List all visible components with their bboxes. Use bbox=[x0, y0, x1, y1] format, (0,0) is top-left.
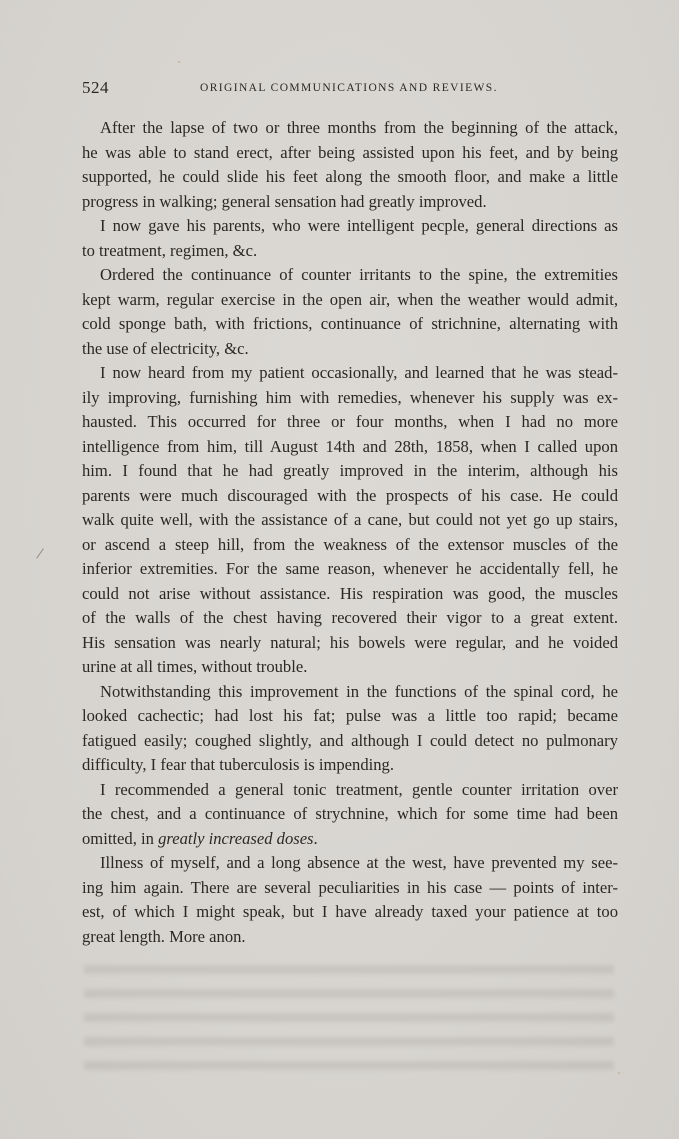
text-run: omitted, in bbox=[82, 829, 158, 848]
running-head: ORIGINAL COMMUNICATIONS AND REVIEWS. bbox=[200, 82, 498, 94]
text-line: the chest, and a continuance of strychni… bbox=[82, 802, 618, 827]
text-line: Illness of myself, and a long absence at… bbox=[82, 851, 618, 876]
text-line: or ascend a steep hill, from the weaknes… bbox=[82, 533, 618, 558]
text-line: great length. More anon. bbox=[82, 925, 618, 950]
text-line: looked cachectic; had lost his fat; puls… bbox=[82, 704, 618, 729]
text-line: walk quite well, with the assistance of … bbox=[82, 508, 618, 533]
text-line: to treatment, regimen, &c. bbox=[82, 239, 618, 264]
text-line: ing him again. There are several peculia… bbox=[82, 876, 618, 901]
text-line: I now heard from my patient occasionally… bbox=[82, 361, 618, 386]
scanned-page: 524 ORIGINAL COMMUNICATIONS AND REVIEWS.… bbox=[0, 0, 679, 1139]
text-line: Ordered the continuance of counter irrit… bbox=[82, 263, 618, 288]
text-run: . bbox=[314, 829, 318, 848]
text-line: could not arise without assistance. His … bbox=[82, 582, 618, 607]
text-line: Notwithstanding this improvement in the … bbox=[82, 680, 618, 705]
paper-speck bbox=[618, 1072, 620, 1074]
text-line: parents were much discouraged with the p… bbox=[82, 484, 618, 509]
text-line: est, of which I might speak, but I have … bbox=[82, 900, 618, 925]
italic-emphasis: greatly increased doses bbox=[158, 829, 313, 848]
text-line: His sensation was nearly natural; his bo… bbox=[82, 631, 618, 656]
paragraph-4: I now heard from my patient occasionally… bbox=[82, 361, 618, 680]
page-header: 524 ORIGINAL COMMUNICATIONS AND REVIEWS. bbox=[82, 78, 618, 100]
paragraph-3: Ordered the continuance of counter irrit… bbox=[82, 263, 618, 361]
text-line: the use of electricity, &c. bbox=[82, 337, 618, 362]
paper-speck bbox=[178, 61, 180, 63]
text-line: ily improving, furnishing him with remed… bbox=[82, 386, 618, 411]
text-line: I now gave his parents, who were intelli… bbox=[82, 214, 618, 239]
text-line: progress in walking; general sensation h… bbox=[82, 190, 618, 215]
page-number: 524 bbox=[82, 78, 109, 98]
text-line: After the lapse of two or three months f… bbox=[82, 116, 618, 141]
paragraph-6: I recommended a general tonic treatment,… bbox=[82, 778, 618, 852]
text-line: kept warm, regular exercise in the open … bbox=[82, 288, 618, 313]
text-line: he was able to stand erect, after being … bbox=[82, 141, 618, 166]
paragraph-2: I now gave his parents, who were intelli… bbox=[82, 214, 618, 263]
paragraph-1: After the lapse of two or three months f… bbox=[82, 116, 618, 214]
text-line: urine at all times, without trouble. bbox=[82, 655, 618, 680]
text-line: cold sponge bath, with frictions, contin… bbox=[82, 312, 618, 337]
text-line: fatigued easily; coughed slightly, and a… bbox=[82, 729, 618, 754]
text-line: intelligence from him, till August 14th … bbox=[82, 435, 618, 460]
text-line: of the walls of the chest having recover… bbox=[82, 606, 618, 631]
article-body: After the lapse of two or three months f… bbox=[82, 116, 618, 949]
text-line: hausted. This occurred for three or four… bbox=[82, 410, 618, 435]
text-line: I recommended a general tonic treatment,… bbox=[82, 778, 618, 803]
text-line: him. I found that he had greatly improve… bbox=[82, 459, 618, 484]
text-line: difficulty, I fear that tuberculosis is … bbox=[82, 753, 618, 778]
text-line: supported, he could slide his feet along… bbox=[82, 165, 618, 190]
pencil-margin-mark bbox=[36, 548, 44, 558]
paragraph-5: Notwithstanding this improvement in the … bbox=[82, 680, 618, 778]
text-line: inferior extremities. For the same reaso… bbox=[82, 557, 618, 582]
paragraph-7: Illness of myself, and a long absence at… bbox=[82, 851, 618, 949]
text-line: omitted, in greatly increased doses. bbox=[82, 827, 618, 852]
bleed-through-text bbox=[84, 965, 614, 1075]
